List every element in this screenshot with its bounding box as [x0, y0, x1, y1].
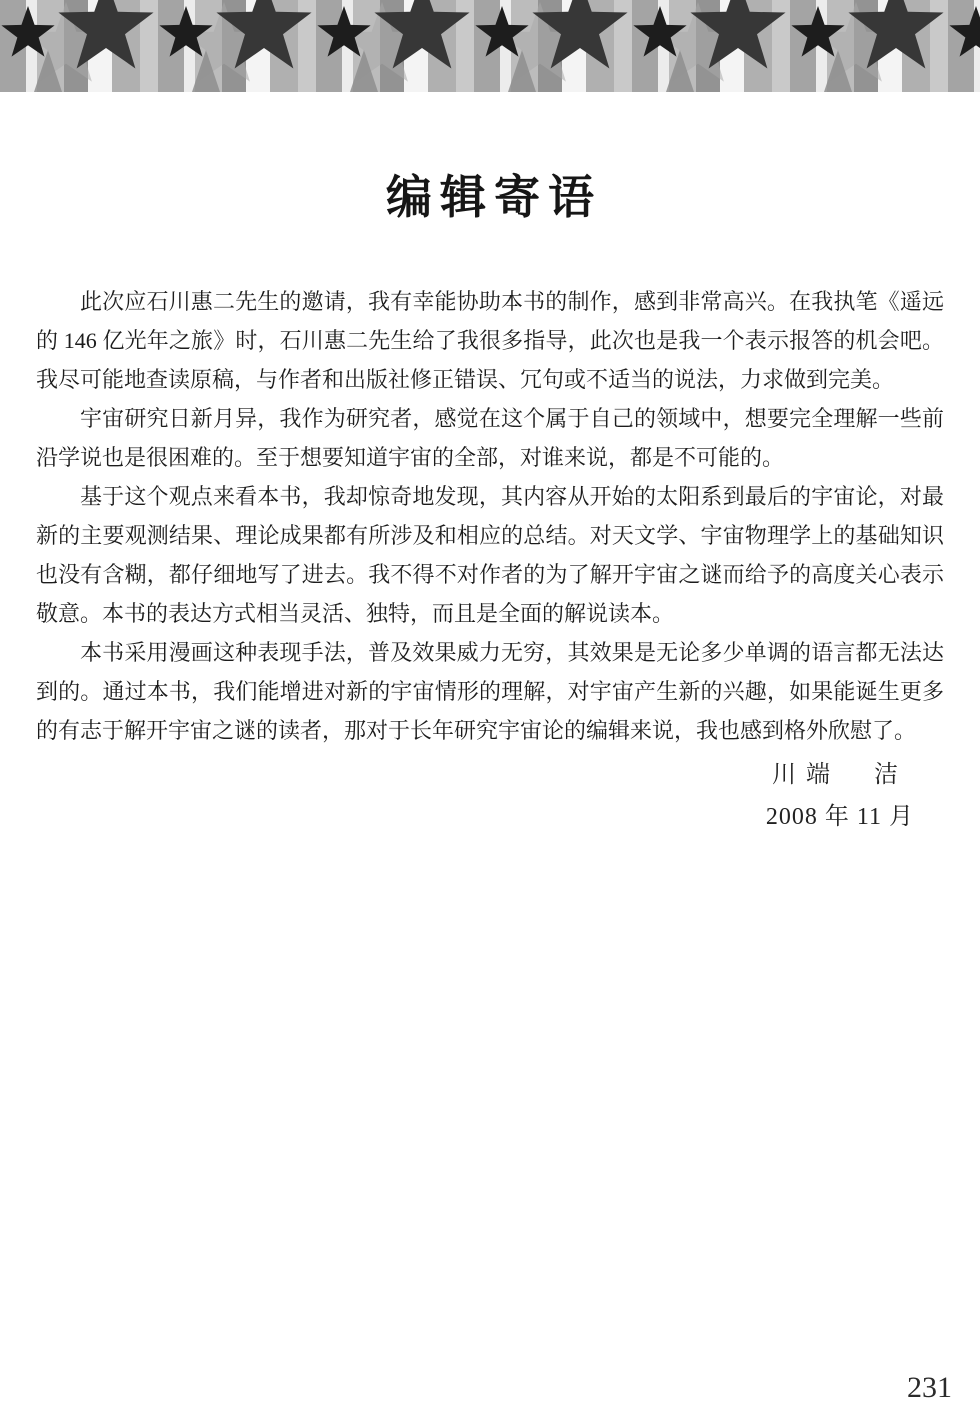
- paragraph-2: 宇宙研究日新月异，我作为研究者，感觉在这个属于自己的领域中，想要完全理解一些前沿…: [36, 399, 944, 477]
- body-text: 此次应石川惠二先生的邀请，我有幸能协助本书的制作，感到非常高兴。在我执笔《遥远的…: [0, 282, 980, 750]
- star-banner-graphic: [0, 0, 980, 92]
- page-title: 编辑寄语: [0, 166, 980, 228]
- signature-date: 2008 年 11 月: [0, 796, 914, 838]
- paragraph-3: 基于这个观点来看本书，我却惊奇地发现，其内容从开始的太阳系到最后的宇宙论，对最新…: [36, 477, 944, 633]
- book-page: 编辑寄语 此次应石川惠二先生的邀请，我有幸能协助本书的制作，感到非常高兴。在我执…: [0, 0, 980, 1427]
- signature-name: 川端 洁: [0, 754, 908, 796]
- paragraph-4: 本书采用漫画这种表现手法，普及效果威力无穷，其效果是无论多少单调的语言都无法达到…: [36, 633, 944, 750]
- page-number: 231: [907, 1371, 952, 1405]
- paragraph-1: 此次应石川惠二先生的邀请，我有幸能协助本书的制作，感到非常高兴。在我执笔《遥远的…: [36, 282, 944, 399]
- star-banner: [0, 0, 980, 92]
- signature-block: 川端 洁 2008 年 11 月: [0, 754, 980, 838]
